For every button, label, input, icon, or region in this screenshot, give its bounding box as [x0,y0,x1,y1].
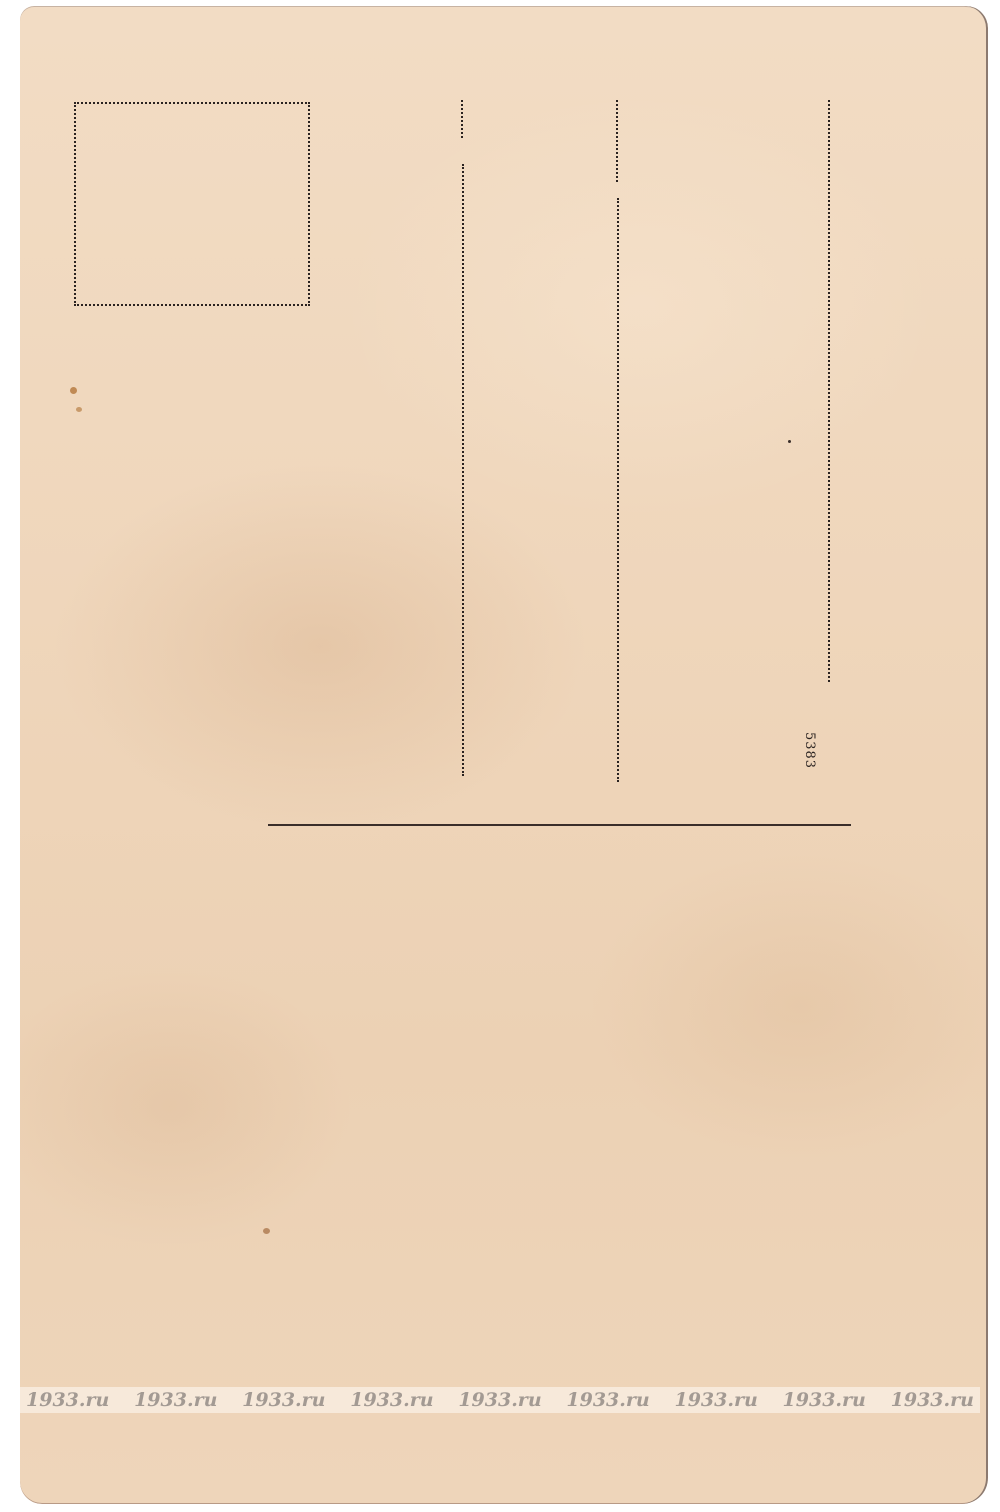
watermark-text: 1933.ru [458,1389,541,1411]
divider-rule [268,824,851,826]
postcard-back: 5383 [20,6,988,1504]
watermark-strip: 1933.ru 1933.ru 1933.ru 1933.ru 1933.ru … [20,1387,980,1413]
address-line-1-top [461,100,463,138]
address-line-2-top [616,100,618,182]
watermark-text: 1933.ru [566,1389,649,1411]
watermark-text: 1933.ru [891,1389,974,1411]
watermark-text: 1933.ru [242,1389,325,1411]
address-line-1 [462,164,464,776]
address-line-3 [828,100,830,682]
stain-spot [263,1228,270,1234]
watermark-text: 1933.ru [674,1389,757,1411]
watermark-text: 1933.ru [134,1389,217,1411]
stamp-placement-box [74,102,310,306]
stain-spot [70,387,77,394]
watermark-text: 1933.ru [26,1389,109,1411]
address-line-2 [617,198,619,782]
ink-dot [788,440,791,443]
catalog-number: 5383 [802,732,817,769]
watermark-text: 1933.ru [783,1389,866,1411]
stain-spot [76,407,82,412]
watermark-text: 1933.ru [350,1389,433,1411]
